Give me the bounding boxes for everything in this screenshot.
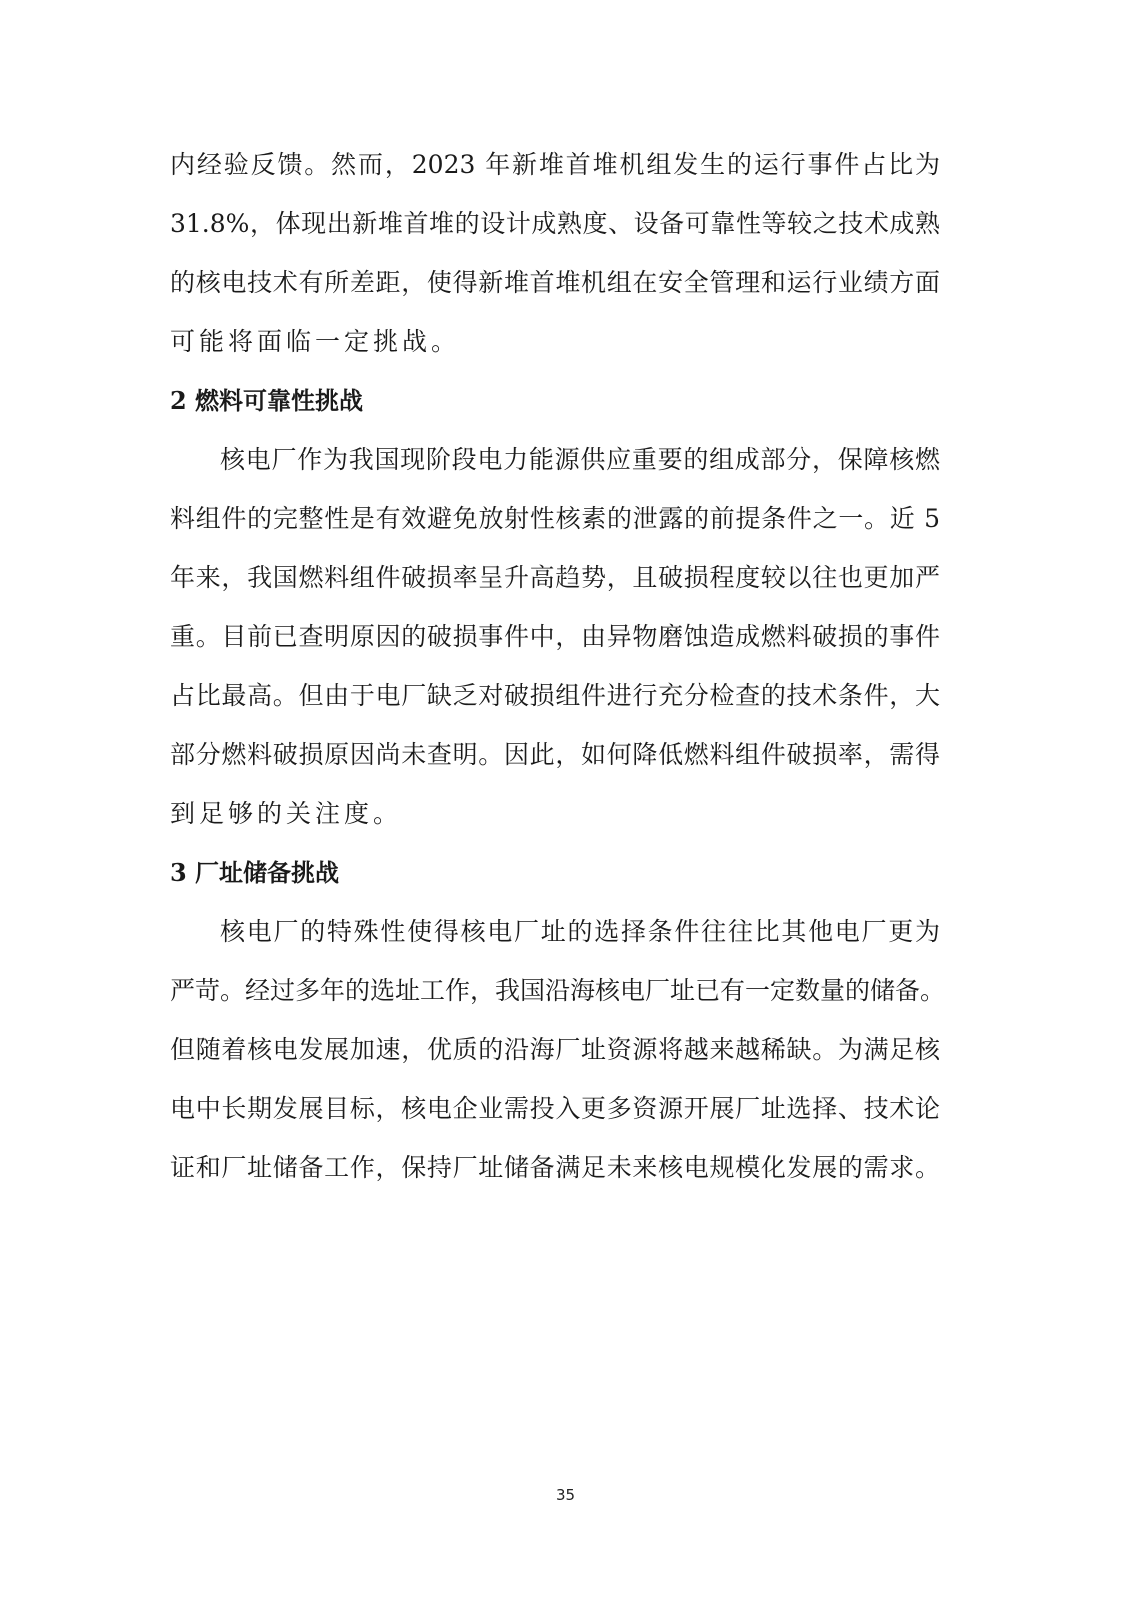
section-heading: 2 燃料可靠性挑战 xyxy=(170,377,940,436)
page-number: 35 xyxy=(0,1486,1131,1504)
text-line: 核电厂的特殊性使得核电厂址的选择条件往往比其他电厂更为 xyxy=(170,908,940,967)
section-fuel-reliability: 2 燃料可靠性挑战 核电厂作为我国现阶段电力能源供应重要的组成部分，保障核燃 料… xyxy=(170,377,940,849)
text-line: 的核电技术有所差距，使得新堆首堆机组在安全管理和运行业绩方面 xyxy=(170,259,940,318)
text-line: 年来，我国燃料组件破损率呈升高趋势，且破损程度较以往也更加严 xyxy=(170,554,940,613)
continuation-paragraph: 内经验反馈。然而，2023 年新堆首堆机组发生的运行事件占比为 31.8%，体现… xyxy=(170,141,940,377)
text-line: 到足够的关注度。 xyxy=(170,790,940,849)
section-paragraph: 核电厂的特殊性使得核电厂址的选择条件往往比其他电厂更为 严苛。经过多年的选址工作… xyxy=(170,908,940,1203)
text-line: 内经验反馈。然而，2023 年新堆首堆机组发生的运行事件占比为 xyxy=(170,141,940,200)
text-line: 电中长期发展目标，核电企业需投入更多资源开展厂址选择、技术论 xyxy=(170,1085,940,1144)
section-heading: 3 厂址储备挑战 xyxy=(170,849,940,908)
text-line: 证和厂址储备工作，保持厂址储备满足未来核电规模化发展的需求。 xyxy=(170,1144,940,1203)
section-site-reserve: 3 厂址储备挑战 核电厂的特殊性使得核电厂址的选择条件往往比其他电厂更为 严苛。… xyxy=(170,849,940,1203)
text-line: 可能将面临一定挑战。 xyxy=(170,318,940,377)
text-line: 31.8%，体现出新堆首堆的设计成熟度、设备可靠性等较之技术成熟 xyxy=(170,200,940,259)
text-line: 严苛。经过多年的选址工作，我国沿海核电厂址已有一定数量的储备。 xyxy=(170,967,940,1026)
text-line: 部分燃料破损原因尚未查明。因此，如何降低燃料组件破损率，需得 xyxy=(170,731,940,790)
text-line: 占比最高。但由于电厂缺乏对破损组件进行充分检查的技术条件，大 xyxy=(170,672,940,731)
page-body: 内经验反馈。然而，2023 年新堆首堆机组发生的运行事件占比为 31.8%，体现… xyxy=(170,141,940,1203)
text-line: 但随着核电发展加速，优质的沿海厂址资源将越来越稀缺。为满足核 xyxy=(170,1026,940,1085)
text-line: 核电厂作为我国现阶段电力能源供应重要的组成部分，保障核燃 xyxy=(170,436,940,495)
text-line: 料组件的完整性是有效避免放射性核素的泄露的前提条件之一。近 5 xyxy=(170,495,940,554)
text-line: 重。目前已查明原因的破损事件中，由异物磨蚀造成燃料破损的事件 xyxy=(170,613,940,672)
section-paragraph: 核电厂作为我国现阶段电力能源供应重要的组成部分，保障核燃 料组件的完整性是有效避… xyxy=(170,436,940,849)
